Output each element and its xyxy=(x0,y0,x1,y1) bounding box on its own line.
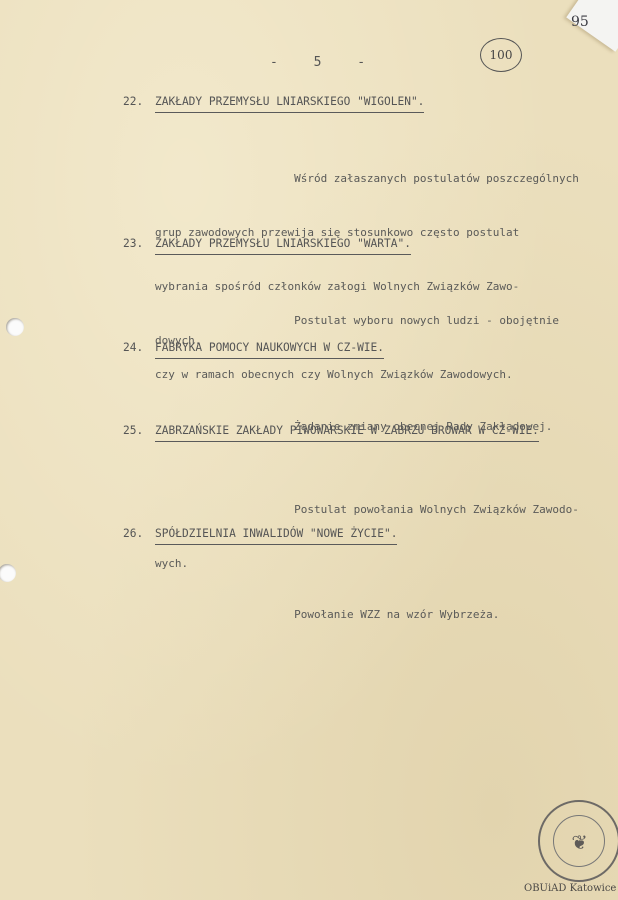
ipn-stamp: ❦ xyxy=(538,800,618,882)
item-title-text: ZABRZAŃSKIE ZAKŁADY PIWOWARSKIE W ZABRZU… xyxy=(155,424,539,442)
document-page: 95 100 - 5 - 22.ZAKŁADY PRZEMYSŁU LNIARS… xyxy=(0,0,618,900)
text-line: Powołanie WZZ na wzór Wybrzeża. xyxy=(155,606,618,624)
item-title-text: ZAKŁADY PRZEMYSŁU LNIARSKIEGO "WIGOLEN". xyxy=(155,95,424,113)
text-line: Postulat powołania Wolnych Związków Zawo… xyxy=(155,501,618,519)
item-title: 26.SPÓŁDZIELNIA INWALIDÓW "NOWE ŻYCIE". xyxy=(123,527,397,540)
item-number: 24. xyxy=(123,341,155,354)
text-line: Wśród załaszanych postulatów poszczególn… xyxy=(155,170,618,188)
item-number: 26. xyxy=(123,527,155,540)
punch-hole-icon xyxy=(0,564,16,582)
circled-number: 100 xyxy=(480,38,522,72)
item-title-text: SPÓŁDZIELNIA INWALIDÓW "NOWE ŻYCIE". xyxy=(155,527,397,545)
punch-hole-icon xyxy=(6,318,24,336)
item-title: 24.FABRYKA POMOCY NAUKOWYCH W CZ-WIE. xyxy=(123,341,384,354)
item-number: 23. xyxy=(123,237,155,250)
item-title: 23.ZAKŁADY PRZEMYSŁU LNIARSKIEGO "WARTA"… xyxy=(123,237,411,250)
text-line: Postulat wyboru nowych ludzi - obojętnie xyxy=(155,312,618,330)
item-number: 25. xyxy=(123,424,155,437)
item-title: 25.ZABRZAŃSKIE ZAKŁADY PIWOWARSKIE W ZAB… xyxy=(123,424,539,437)
archive-page-number: 95 xyxy=(571,14,589,30)
item-title-text: FABRYKA POMOCY NAUKOWYCH W CZ-WIE. xyxy=(155,341,384,359)
stamp-label: OBUiAD Katowice xyxy=(524,883,616,894)
item-number: 22. xyxy=(123,95,155,108)
item-title-text: ZAKŁADY PRZEMYSŁU LNIARSKIEGO "WARTA". xyxy=(155,237,411,255)
item-paragraph: Powołanie WZZ na wzór Wybrzeża. xyxy=(155,570,618,660)
item-title: 22.ZAKŁADY PRZEMYSŁU LNIARSKIEGO "WIGOLE… xyxy=(123,95,424,108)
eagle-emblem-icon: ❦ xyxy=(553,815,605,867)
page-number: - 5 - xyxy=(270,55,379,70)
